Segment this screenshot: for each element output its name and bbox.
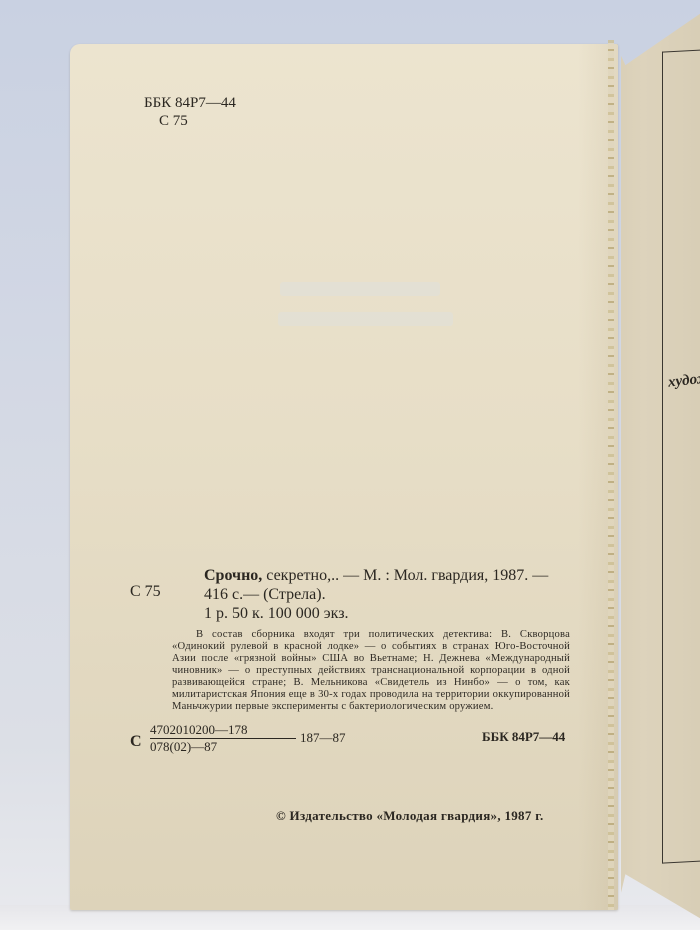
show-through-title-1 bbox=[280, 282, 440, 296]
isbn-denominator: 078(02)—87 bbox=[150, 739, 296, 755]
isbn-prefix: С bbox=[130, 733, 142, 751]
bbk-classification-top: ББК 84Р7—44 С 75 bbox=[144, 94, 236, 130]
page-count-series: 416 с.— (Стрела). bbox=[204, 585, 548, 604]
copyright-line: © Издательство «Молодая гвардия», 1987 г… bbox=[276, 808, 544, 824]
book-title: Срочно, bbox=[204, 567, 262, 584]
isbn-fraction: 4702010200—178 078(02)—87 bbox=[150, 722, 296, 755]
catalog-entry: Срочно, секретно,.. — М. : Мол. гвардия,… bbox=[204, 566, 548, 623]
author-mark: С 75 bbox=[144, 112, 236, 130]
annotation-paragraph: В состав сборника входят три политически… bbox=[172, 629, 570, 713]
page-gutter bbox=[608, 40, 614, 910]
show-through-title-2 bbox=[278, 312, 453, 326]
isbn-suffix: 187—87 bbox=[300, 730, 346, 746]
facing-page-frame bbox=[662, 48, 700, 863]
imprint-page bbox=[70, 44, 618, 910]
publication-info: секретно,.. — М. : Мол. гвардия, 1987. — bbox=[262, 567, 548, 584]
bbk-classification-bottom: ББК 84Р7—44 bbox=[482, 729, 565, 745]
catalog-entry-code: С 75 bbox=[130, 583, 161, 601]
isbn-numerator: 4702010200—178 bbox=[150, 722, 296, 739]
bbk-code: ББК 84Р7—44 bbox=[144, 94, 236, 112]
price-print-run: 1 р. 50 к. 100 000 экз. bbox=[204, 604, 548, 623]
